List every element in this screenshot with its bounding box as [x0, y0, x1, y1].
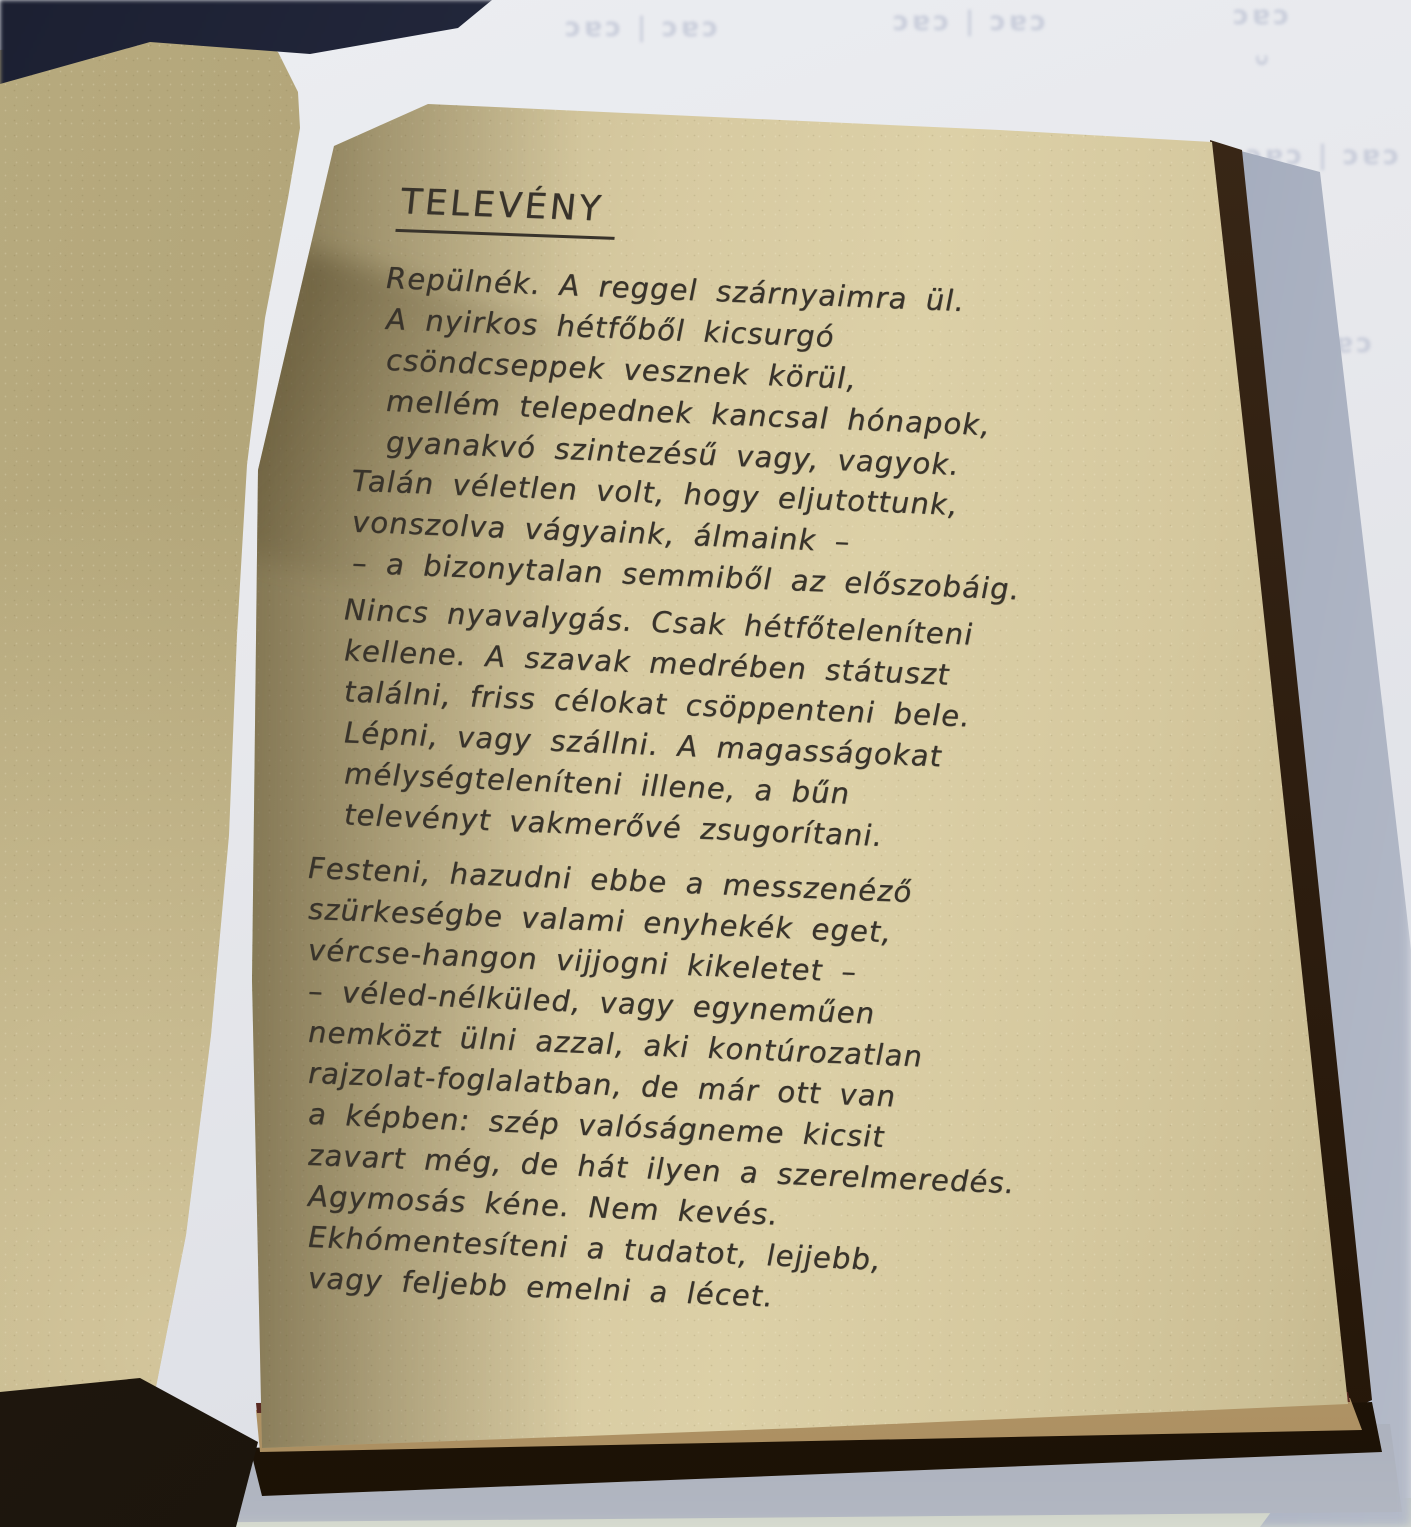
poem-stanza-3: Nincs nyavalygás. Csak hétfőteleníteni k…	[344, 589, 973, 860]
ghost-print-text: ɔ	[1251, 54, 1276, 70]
ghost-print-text: ɔɐɔ	[1233, 0, 1292, 31]
ghost-print-text: ɔɐɔ | ɔɐɔ	[893, 6, 1049, 37]
poem-stanza-1: Repülnék. A reggel szárnyaimra ül. A nyi…	[386, 258, 990, 487]
poem-title: TELEVÉNY	[395, 182, 619, 240]
poem-stanza-4: Festeni, hazudni ebbe a messzenéző szürk…	[308, 848, 1015, 1327]
ghost-print-text: ɔɐɔ | ɔɐɔ	[565, 12, 721, 43]
notebook-photo: ɔɐɔ | ɔɐɔ ɔɐɔ | ɔɐɔ ɔɐɔ ɔ ɔɐɔ | ɔɐɔ ɔɐɔ …	[0, 0, 1411, 1527]
